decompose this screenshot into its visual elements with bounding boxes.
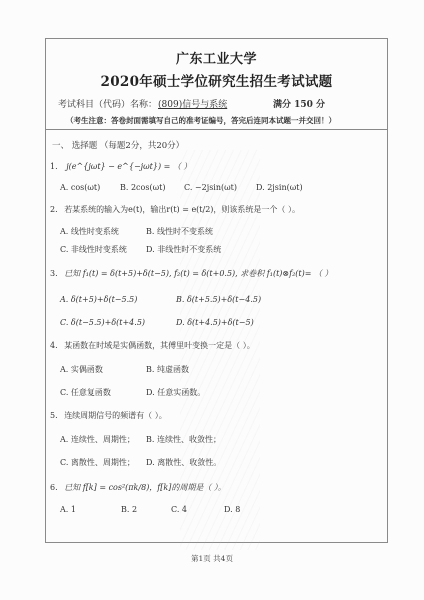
question-stem: 连续周期信号的频谱有（ ）。 [64,411,167,420]
exam-notice: （考生注意：答卷封面需填写自己的准考证编号，答完后连同本试题一并交回！） [66,115,336,126]
option-6b: B. 2 [121,505,137,514]
question-stem: 已知 f[k] = cos²(πk/8)，f[k]的周期是（ ）。 [64,483,226,492]
option-6d: D. 8 [224,505,240,514]
question-number: 5. [50,411,58,420]
question-stem: 若某系统的输入为e(t)，输出r(t) = e(t/2)，则该系统是一个（ ）。 [64,205,300,214]
question-stem: j(e^{jωt} − e^{−jωt}) = （ ） [66,162,191,171]
question-1: 1. j(e^{jωt} − e^{−jωt}) = （ ） [50,161,191,172]
exam-title: 2020年硕士学位研究生招生考试试题 [46,70,387,90]
option-1a: A. cos(ωt) [60,183,100,192]
question-6: 6. 已知 f[k] = cos²(πk/8)，f[k]的周期是（ ）。 [50,482,226,493]
question-stem: 某函数在时域是实偶函数，其傅里叶变换一定是（ ）。 [64,341,255,350]
question-number: 3. [50,269,58,278]
exam-header: 广东工业大学 2020年硕士学位研究生招生考试试题 考试科目（代码）名称：(80… [46,39,387,130]
question-number: 6. [50,483,58,492]
exam-frame: 广东工业大学 2020年硕士学位研究生招生考试试题 考试科目（代码）名称：(80… [45,38,388,543]
option-6c: C. 4 [171,505,187,514]
option-6a: A. 1 [60,505,76,514]
option-2c: C. 非线性时变系统 [60,244,127,255]
option-5b: B. 连续性、收敛性； [146,434,221,445]
exam-page: 广东工业大学 2020年硕士学位研究生招生考试试题 考试科目（代码）名称：(80… [0,0,424,600]
option-4d: D. 任意实函数。 [146,387,205,398]
option-5a: A. 连续性、周期性； [60,434,135,445]
question-3: 3. 已知 f₁(t) = δ(t+5)+δ(t−5), f₂(t) = δ(t… [50,268,333,279]
option-5d: D. 离散性、收敛性。 [146,457,221,468]
subject-label: 考试科目（代码）名称： [58,100,157,110]
section-title: 一、 选择题 （每题2分，共20分） [52,139,184,151]
option-1d: D. 2jsin(ωt) [256,183,303,192]
option-2a: A. 线性时变系统 [60,226,119,237]
option-3a: A. δ(t+5)+δ(t−5.5) [60,295,137,304]
option-3d: D. δ(t+4.5)+δ(t−5) [176,318,254,327]
option-1c: C. −2jsin(ωt) [184,183,237,192]
question-4: 4. 某函数在时域是实偶函数，其傅里叶变换一定是（ ）。 [50,340,255,351]
option-5c: C. 离散性、周期性； [60,457,135,468]
question-number: 4. [50,341,58,350]
subject-value: (809)信号与系统 [158,100,227,110]
option-2d: D. 非线性时不变系统 [146,244,221,255]
option-3c: C. δ(t−5.5)+δ(t+4.5) [60,318,145,327]
question-5: 5. 连续周期信号的频谱有（ ）。 [50,410,167,421]
university-name: 广东工业大学 [46,48,387,67]
subject-row: 考试科目（代码）名称：(809)信号与系统 满分 150 分 [58,97,227,110]
question-stem: 已知 f₁(t) = δ(t+5)+δ(t−5), f₂(t) = δ(t+0.… [64,269,332,278]
option-4b: B. 纯虚函数 [146,364,189,375]
option-1b: B. 2cos(ωt) [120,183,165,192]
option-4c: C. 任意复函数 [60,387,111,398]
question-2: 2. 若某系统的输入为e(t)，输出r(t) = e(t/2)，则该系统是一个（… [50,204,300,215]
page-footer: 第1页 共4页 [0,553,424,564]
option-4a: A. 实偶函数 [60,364,103,375]
question-number: 1. [50,162,58,171]
full-score: 满分 150 分 [273,97,325,110]
option-3b: B. δ(t+5.5)+δ(t−4.5) [176,295,261,304]
question-number: 2. [50,205,58,214]
option-2b: B. 线性时不变系统 [146,226,213,237]
